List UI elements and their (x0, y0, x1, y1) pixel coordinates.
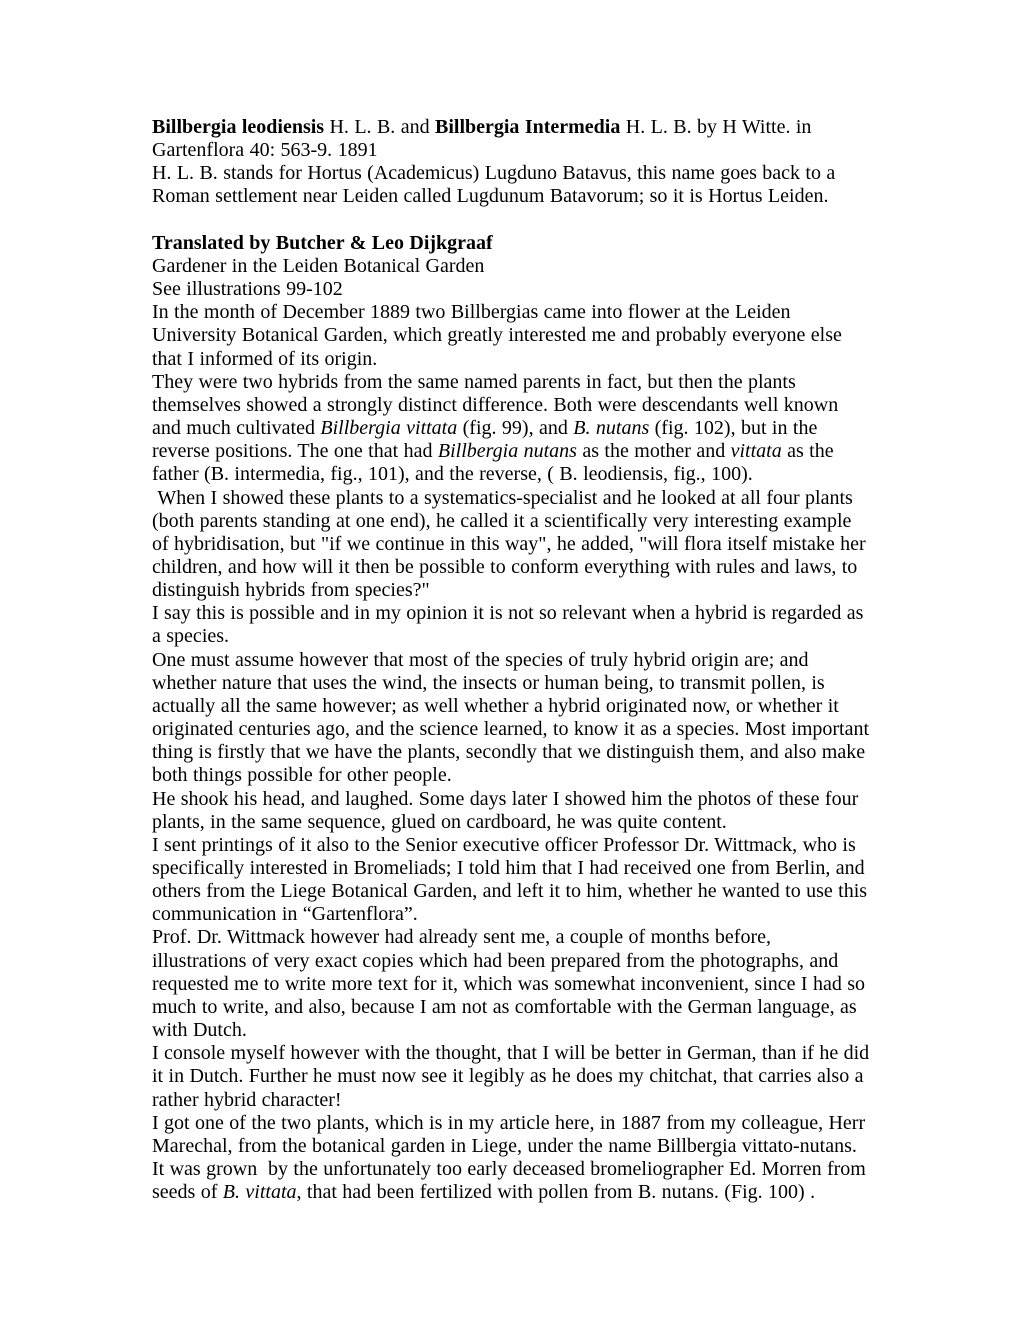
paragraph: They were two hybrids from the same name… (152, 371, 870, 487)
text-run: See illustrations 99-102 (152, 278, 343, 300)
title-paragraph: Billbergia leodiensis H. L. B. and Billb… (152, 116, 870, 162)
text-run: Billbergia vittata (320, 417, 457, 439)
text-run: I say this is possible and in my opinion… (152, 602, 869, 647)
text-run: vittata (731, 440, 782, 462)
paragraph: Prof. Dr. Wittmack however had already s… (152, 926, 870, 1042)
text-run: In the month of December 1889 two Billbe… (152, 301, 847, 369)
text-run: When I showed these plants to a systemat… (152, 487, 871, 602)
paragraph: Gardener in the Leiden Botanical Garden (152, 255, 870, 278)
paragraph: I sent printings of it also to the Senio… (152, 834, 870, 927)
paragraph: I say this is possible and in my opinion… (152, 602, 870, 648)
text-run: I got one of the two plants, which is in… (152, 1112, 871, 1157)
text-run: Billbergia Intermedia (435, 116, 620, 138)
translator-credit: Translated by Butcher & Leo Dijkgraaf (152, 232, 870, 255)
text-run: I sent printings of it also to the Senio… (152, 834, 873, 925)
text-run: as the mother and (577, 440, 731, 462)
document-page: Billbergia leodiensis H. L. B. and Billb… (152, 116, 870, 1204)
text-run: I console myself however with the though… (152, 1042, 875, 1110)
text-run: Billbergia nutans (438, 440, 577, 462)
text-run: (fig. 99), and (457, 417, 573, 439)
text-run: Prof. Dr. Wittmack however had already s… (152, 926, 870, 1041)
paragraph: When I showed these plants to a systemat… (152, 487, 870, 603)
text-run: He shook his head, and laughed. Some day… (152, 788, 864, 833)
paragraph: One must assume however that most of the… (152, 649, 870, 788)
paragraph: I console myself however with the though… (152, 1042, 870, 1111)
text-run: B. vittata (223, 1181, 297, 1203)
text-run: H. L. B. stands for Hortus (Academicus) … (152, 162, 841, 207)
text-run: Gardener in the Leiden Botanical Garden (152, 255, 484, 277)
text-run: H. L. B. and (324, 116, 435, 138)
paragraph: In the month of December 1889 two Billbe… (152, 301, 870, 370)
text-run: Billbergia leodiensis (152, 116, 324, 138)
paragraph: H. L. B. stands for Hortus (Academicus) … (152, 162, 870, 208)
paragraph: It was grown by the unfortunately too ea… (152, 1158, 870, 1204)
document-content: Billbergia leodiensis H. L. B. and Billb… (152, 116, 870, 1204)
paragraph: I got one of the two plants, which is in… (152, 1112, 870, 1158)
text-run: One must assume however that most of the… (152, 649, 874, 787)
text-run: Translated by Butcher & Leo Dijkgraaf (152, 232, 493, 254)
paragraph: See illustrations 99-102 (152, 278, 870, 301)
text-run: B. nutans (573, 417, 649, 439)
paragraph: He shook his head, and laughed. Some day… (152, 788, 870, 834)
text-run: , that had been fertilized with pollen f… (297, 1181, 816, 1203)
blank-line (152, 209, 870, 232)
